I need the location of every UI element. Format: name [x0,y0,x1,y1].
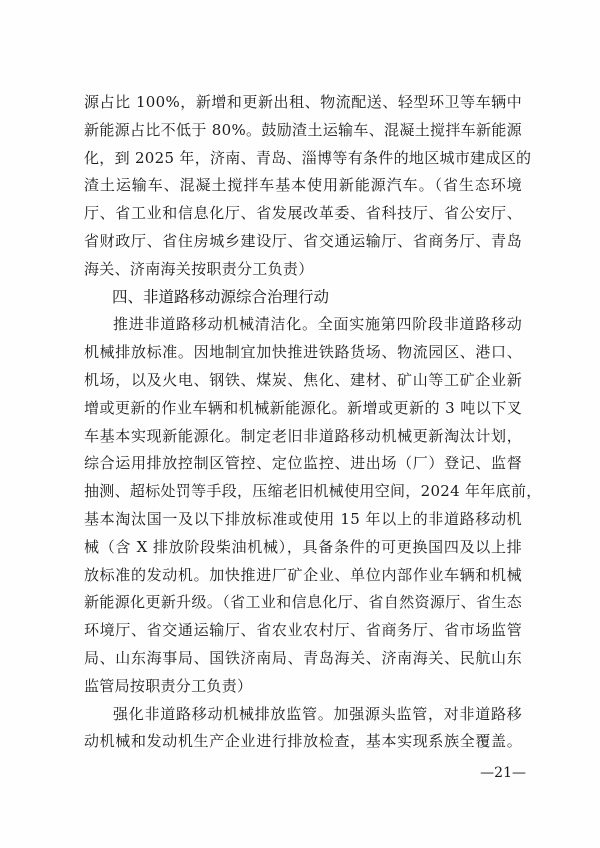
body-line: 增或更新的作业车辆和机械新能源化。新增或更新的 3 吨以下叉 [84,396,522,420]
body-line: 监管局按职责分工负责） [84,674,522,698]
paragraph-first-line: 强化非道路移动机械排放监管。加强源头监管，对非道路移 [113,702,522,726]
body-line: 综合运用排放控制区管控、定位监控、进出场（厂）登记、监督 [84,451,522,475]
body-line: 械（含 X 排放阶段柴油机械），具备条件的可更换国四及以上排 [84,535,522,559]
body-line: 机械排放标准。因地制宜加快推进铁路货场、物流园区、港口、 [84,340,522,364]
body-line: 源占比 100%，新增和更新出租、物流配送、轻型环卫等车辆中 [84,90,522,114]
body-line: 新能源化更新升级。（省工业和信息化厅、省自然资源厅、省生态 [84,590,522,614]
body-line: 省财政厅、省住房城乡建设厅、省交通运输厅、省商务厅、青岛 [84,229,522,253]
page-number: —21— [478,762,526,784]
body-line: 动机械和发动机生产企业进行排放检查，基本实现系族全覆盖。 [84,729,522,753]
body-line: 化，到 2025 年，济南、青岛、淄博等有条件的地区城市建成区的 [84,146,522,170]
body-line: 海关、济南海关按职责分工负责） [84,257,522,281]
section-heading: 四、非道路移动源综合治理行动 [112,285,329,309]
body-line: 环境厅、省交通运输厅、省农业农村厅、省商务厅、省市场监管 [84,618,522,642]
body-line: 车基本实现新能源化。制定老旧非道路移动机械更新淘汰计划， [84,424,522,448]
body-line: 新能源占比不低于 80%。鼓励渣土运输车、混凝土搅拌车新能源 [84,118,522,142]
body-line: 厅、省工业和信息化厅、省发展改革委、省科技厅、省公安厅、 [84,201,522,225]
body-line: 放标准的发动机。加快推进厂矿企业、单位内部作业车辆和机械 [84,563,522,587]
body-line: 抽测、超标处罚等手段，压缩老旧机械使用空间，2024 年年底前， [84,479,522,503]
paragraph-first-line: 推进非道路移动机械清洁化。全面实施第四阶段非道路移动 [113,312,522,336]
body-line: 基本淘汰国一及以下排放标准或使用 15 年以上的非道路移动机 [84,507,522,531]
body-line: 局、山东海事局、国铁济南局、青岛海关、济南海关、民航山东 [84,646,522,670]
body-line: 渣土运输车、混凝土搅拌车基本使用新能源汽车。（省生态环境 [84,173,522,197]
document-page: 源占比 100%，新增和更新出租、物流配送、轻型环卫等车辆中 新能源占比不低于 … [0,0,600,848]
body-line: 机场，以及火电、钢铁、煤炭、焦化、建材、矿山等工矿企业新 [84,368,522,392]
